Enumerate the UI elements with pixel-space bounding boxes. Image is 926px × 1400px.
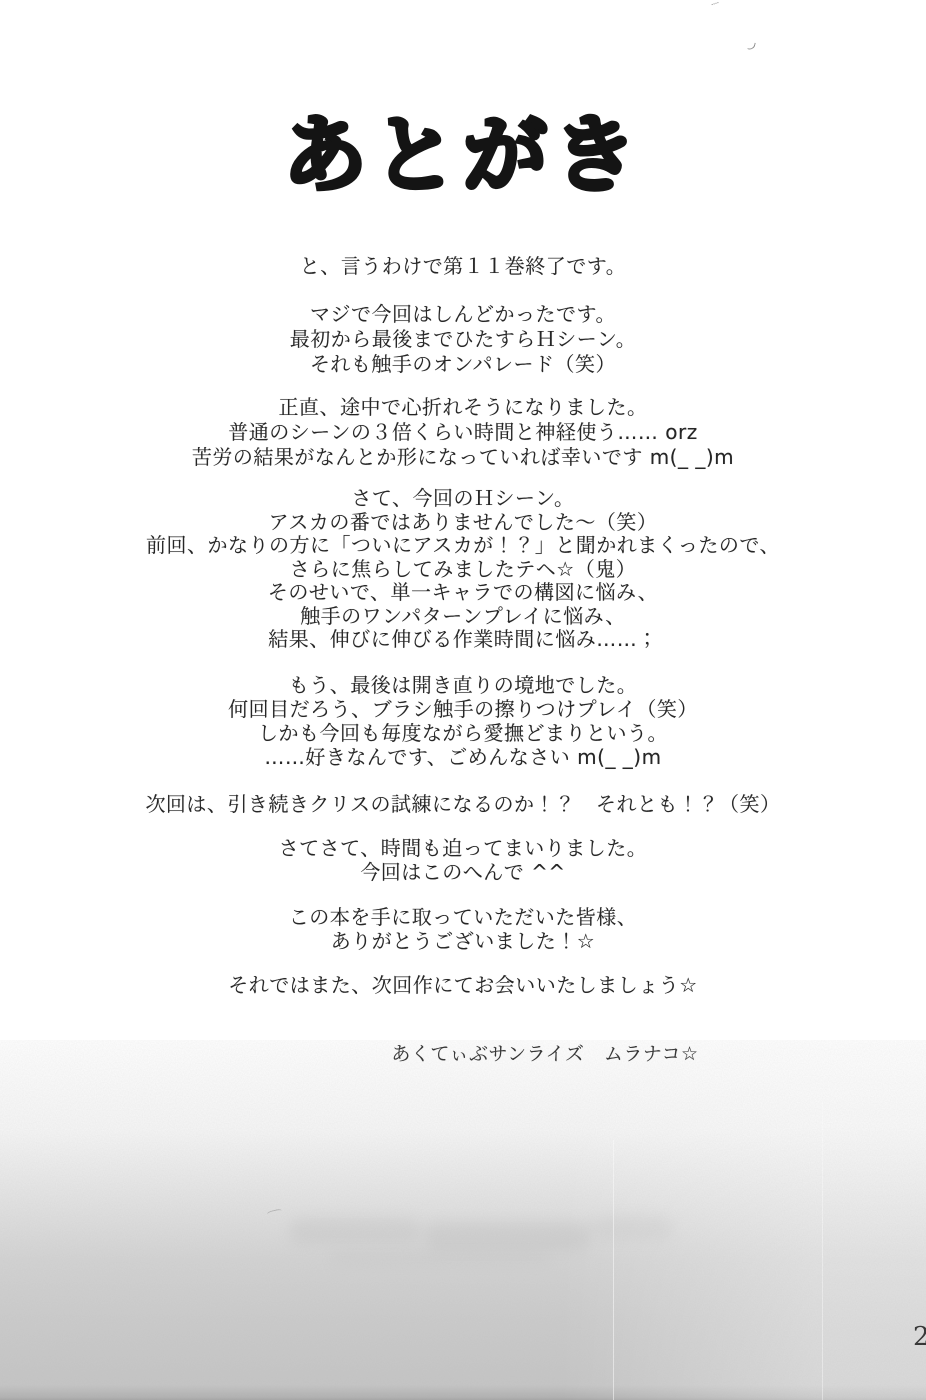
text-line: 前回、かなりの方に「ついにアスカが！？」と聞かれまくったので、	[0, 534, 926, 558]
text-line: アスカの番ではありませんでした～（笑）	[0, 511, 926, 535]
text-line: と、言うわけで第１１巻終了です。	[0, 254, 926, 279]
text-line: もう、最後は開き直りの境地でした。	[0, 673, 926, 697]
text-line: 正直、途中で心折れそうになりました。	[0, 395, 926, 420]
text-line: 今回はこのへんで ^^	[0, 860, 926, 884]
paragraph: 正直、途中で心折れそうになりました。 普通のシーンの３倍くらい時間と神経使う………	[0, 395, 926, 470]
scan-scratch-line	[613, 1140, 614, 1400]
text-line: マジで今回はしんどかったです。	[0, 302, 926, 327]
paragraph: もう、最後は開き直りの境地でした。 何回目だろう、ブラシ触手の擦りつけプレイ（笑…	[0, 673, 926, 769]
text-line: 次回は、引き続きクリスの試練になるのか！？ それとも！？（笑）	[0, 792, 926, 817]
text-line: ……好きなんです、ごめんなさい m(_ _)m	[0, 745, 926, 769]
text-line: 普通のシーンの３倍くらい時間と神経使う…… orz	[0, 420, 926, 445]
paragraph: さてさて、時間も迫ってまいりました。 今回はこのへんで ^^	[0, 836, 926, 884]
text-line: この本を手に取っていただいた皆様、	[0, 905, 926, 929]
paragraph: この本を手に取っていただいた皆様、 ありがとうございました！☆	[0, 905, 926, 953]
text-line: しかも今回も毎度ながら愛撫どまりという。	[0, 721, 926, 745]
paragraph: 次回は、引き続きクリスの試練になるのか！？ それとも！？（笑）	[0, 792, 926, 817]
text-line: さてさて、時間も迫ってまいりました。	[0, 836, 926, 860]
paragraph: マジで今回はしんどかったです。 最初から最後までひたすらＨシーン。 それも触手の…	[0, 302, 926, 377]
text-line: 結果、伸びに伸びる作業時間に悩み……；	[0, 628, 926, 652]
text-line: それも触手のオンパレード（笑）	[0, 352, 926, 377]
paragraph: と、言うわけで第１１巻終了です。	[0, 254, 926, 279]
author-signature: あくてぃぶサンライズ ムラナコ☆	[82, 1041, 926, 1067]
text-line: さて、今回のＨシーン。	[0, 487, 926, 511]
paragraph: それではまた、次回作にてお会いいたしましょう☆	[0, 973, 926, 998]
text-line: ありがとうございました！☆	[0, 929, 926, 953]
page-title: あとがき	[0, 108, 926, 202]
text-line: それではまた、次回作にてお会いいたしましょう☆	[0, 973, 926, 998]
scan-scratch-line	[822, 1100, 823, 1400]
text-line: 触手のワンパターンプレイに悩み、	[0, 605, 926, 629]
page-number: 2	[913, 1322, 926, 1352]
paragraph: さて、今回のＨシーン。 アスカの番ではありませんでした～（笑） 前回、かなりの方…	[0, 487, 926, 652]
text-line: さらに焦らしてみましたテヘ☆（鬼）	[0, 558, 926, 582]
text-line: 苦労の結果がなんとか形になっていれば幸いです m(_ _)m	[0, 445, 926, 470]
text-line: 何回目だろう、ブラシ触手の擦りつけプレイ（笑）	[0, 697, 926, 721]
text-line: そのせいで、単一キャラでの構図に悩み、	[0, 581, 926, 605]
text-line: 最初から最後までひたすらＨシーン。	[0, 327, 926, 352]
